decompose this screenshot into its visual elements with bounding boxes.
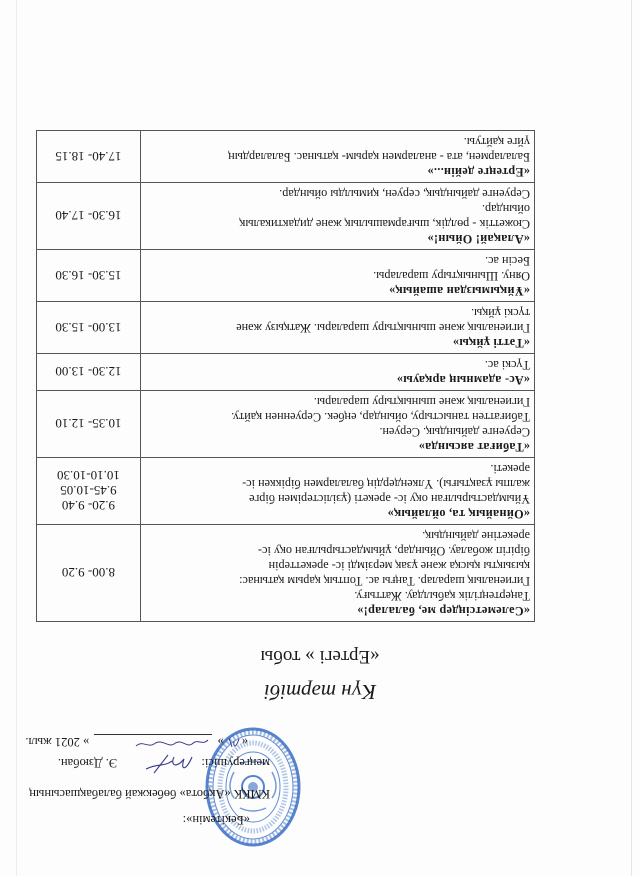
activity-title: «Ертеңге дейін...» <box>145 164 530 179</box>
activity-title: «Ұйқымыздан ашайық» <box>145 283 530 298</box>
time-range: 10.35- 12.10 <box>39 417 138 432</box>
schedule-row: «Ойнайық та, ойлайық»Ұйымдастырылған оқу… <box>37 458 535 525</box>
activity-description-line: Гигиеналық және шынықтыру шаралары. Жатқ… <box>145 320 530 335</box>
activity-cell: «Табиғат аясында»Серуенге дайындық. Серу… <box>140 391 534 458</box>
scan-edge-left <box>631 0 632 876</box>
activity-description-line: Серуенге дайындық. Серуен. <box>145 424 530 439</box>
activity-description-line: Табиғаттен танысты­ру, ойындар, еңбек. С… <box>145 409 530 424</box>
activity-cell: «Тәтті ұйқы»Гигиеналық және шынықтыру ша… <box>140 302 534 354</box>
schedule-row: «Тәтті ұйқы»Гигиеналық және шынықтыру ша… <box>37 302 535 354</box>
activity-cell: «Алақай! Ойын!»Сюжеттік - рөлдік, шығарм… <box>140 183 534 250</box>
time-range: 12.30- 13.00 <box>39 365 138 380</box>
approval-institution: КМҚК «Ақбота» бөбекжай балабақшасының <box>29 788 270 801</box>
time-cell: 15.30- 16.30 <box>37 250 141 302</box>
time-range: 15.30- 16.30 <box>39 268 138 283</box>
approval-signatory: Э. Дзюбан. <box>58 756 117 770</box>
signature-icon <box>128 751 198 775</box>
schedule-row: «Табиғат аясында»Серуенге дайындық. Серу… <box>37 391 535 458</box>
activity-cell: «Ұйқымыздан ашайық»Ояну. Шынықтыру шарал… <box>140 250 534 302</box>
activity-description-line: әрекетіне дайындық. <box>145 528 530 543</box>
time-cell: 16.30- 17.40 <box>37 183 141 250</box>
activity-description-line: Ұйымдастырылған оқу іс- әрекеті (ұзіліст… <box>145 491 530 506</box>
time-range: 17.40- 18.15 <box>39 149 138 164</box>
activity-cell: «Ойнайық та, ойлайық»Ұйымдастырылған оқу… <box>140 458 534 525</box>
activity-description-line: Ояну. Шынықтыру шаралары. <box>145 268 530 283</box>
time-cell: 13.00- 15.30 <box>37 302 141 354</box>
time-range: 13.00- 15.30 <box>39 320 138 335</box>
activity-description-line: жалпы ұзақтығы). Үлкендердің балалармен … <box>145 476 530 491</box>
date-year: » 2021 жыл. <box>25 735 89 749</box>
activity-description-line: Түскі ас. <box>145 357 530 372</box>
time-cell: 17.40- 18.15 <box>37 131 141 183</box>
activity-title: «Тәтті ұйқы» <box>145 335 530 350</box>
activity-title: «Сәлеметсіңдер ме, балалар!» <box>145 603 530 618</box>
daily-schedule-table: «Сәлеметсіңдер ме, балалар!»Таңертеңгілі… <box>36 130 535 622</box>
date-month-handwritten <box>94 735 212 751</box>
approval-label: «Бекітемін»: <box>183 814 250 827</box>
time-cell: 9.20- 9.409.45-10.0510.10-10.30 <box>37 458 141 525</box>
activity-title: «Ас- адамның арқауы» <box>145 372 530 387</box>
activity-cell: «Сәлеметсіңдер ме, балалар!»Таңертеңгілі… <box>140 525 534 622</box>
time-range: 10.10-10.30 <box>39 469 138 484</box>
group-name: «Ертегі » тобы <box>0 645 640 667</box>
time-range: 9.45-10.05 <box>39 484 138 499</box>
time-range: 16.30- 17.40 <box>39 209 138 224</box>
activity-description-line: Балалармен, ата - аналармен қарым- қатын… <box>145 149 530 164</box>
schedule-row: «Сәлеметсіңдер ме, балалар!»Таңертеңгілі… <box>37 525 535 622</box>
approval-position-line: меңгерушісі: Э. Дзюбан. <box>58 751 270 775</box>
scanned-document-page: «Бекітемін»: КМҚК «Ақбота» бөбекжай бала… <box>0 0 640 876</box>
document-title: Күн тәртібі <box>0 679 640 704</box>
schedule-row: «Ертеңге дейін...»Балалармен, ата - анал… <box>37 131 535 183</box>
activity-description-line: бірігіп жобалау. Ойындар, ұйымдастырылға… <box>145 543 530 558</box>
activity-description-line: үйге қайтуы. <box>145 134 530 149</box>
date-day-handwritten <box>224 735 242 749</box>
activity-description-line: Таңертеңгілік қабылдау. Жаттығу. <box>145 588 530 603</box>
activity-description-line: Гигиеналық шаралар. Таңғы ас. Топтық қар… <box>145 573 530 588</box>
time-range: 9.20- 9.40 <box>39 499 138 514</box>
activity-title: «Алақай! Ойын!» <box>145 231 530 246</box>
schedule-row: «Ұйқымыздан ашайық»Ояну. Шынықтыру шарал… <box>37 250 535 302</box>
activity-description-line: әрекеті. <box>145 461 530 476</box>
schedule-row: «Алақай! Ойын!»Сюжеттік - рөлдік, шығарм… <box>37 183 535 250</box>
activity-description-line: ойындар. <box>145 201 530 216</box>
activity-description-line: қызықты қысқа және ұзақ мерзімді іс- әре… <box>145 558 530 573</box>
activity-description-line: Серуенге дайындық, серуен, қимылды ойынд… <box>145 186 530 201</box>
activity-description-line: Сюжеттік - рөлдік, шығармашылық және дид… <box>145 216 530 231</box>
approval-position: меңгерушісі: <box>201 756 270 770</box>
time-range: 8.00- 9.20 <box>39 566 138 581</box>
time-cell: 12.30- 13.00 <box>37 354 141 391</box>
time-cell: 8.00- 9.20 <box>37 525 141 622</box>
activity-description-line: түскі ұйқы. <box>145 305 530 320</box>
activity-description-line: Гигиеналық және шынықтыру шаралары. <box>145 394 530 409</box>
activity-description-line: Бесін ас. <box>145 253 530 268</box>
date-open-quote: « <box>242 735 248 749</box>
activity-cell: «Ас- адамның арқауы»Түскі ас. <box>140 354 534 391</box>
approval-date-line: «» » 2021 жыл. <box>25 735 248 751</box>
activity-title: «Ойнайық та, ойлайық» <box>145 506 530 521</box>
time-cell: 10.35- 12.10 <box>37 391 141 458</box>
schedule-row: «Ас- адамның арқауы»Түскі ас.12.30- 13.0… <box>37 354 535 391</box>
activity-title: «Табиғат аясында» <box>145 439 530 454</box>
scan-edge-right <box>16 0 17 876</box>
date-mid-quote: » <box>218 735 224 749</box>
activity-cell: «Ертеңге дейін...»Балалармен, ата - анал… <box>140 131 534 183</box>
